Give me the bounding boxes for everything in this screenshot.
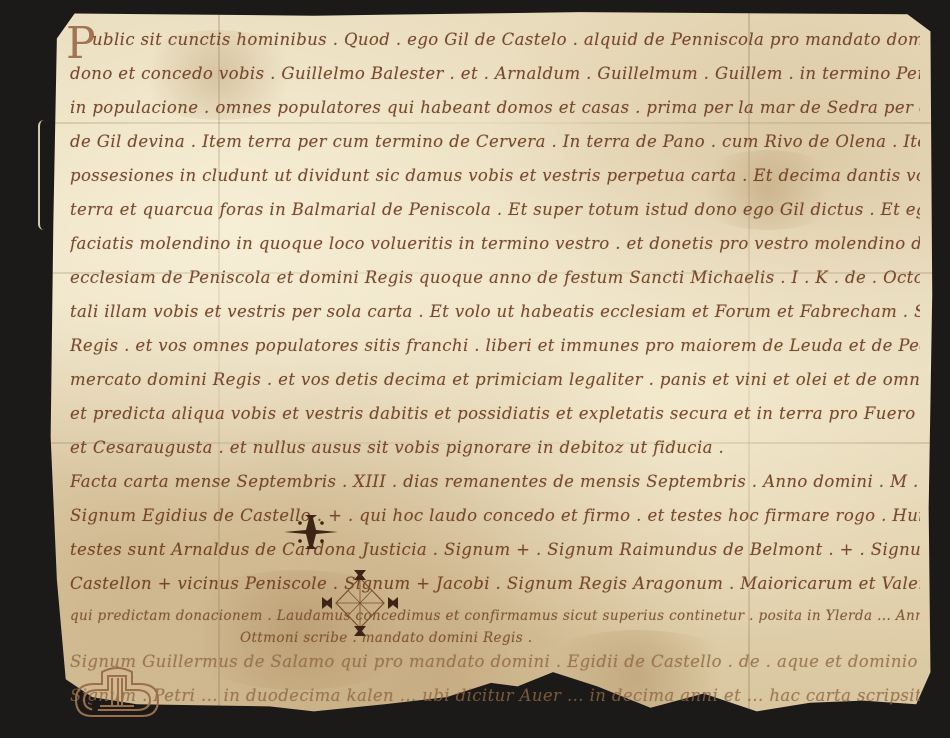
text-line: de Gil devina . Item terra per cum termi… — [70, 132, 920, 166]
binding-string — [38, 120, 44, 230]
parchment-hole — [92, 700, 98, 714]
text-line: dono et concedo vobis . Guillelmo Balest… — [70, 64, 920, 98]
text-line: ecclesiam de Peniscola et domini Regis q… — [70, 268, 920, 302]
text-line: in populacione . omnes populatores qui h… — [70, 98, 920, 132]
text-line: Facta carta mense Septembris . XIII . di… — [70, 472, 920, 506]
document-photo: P ublic sit cunctis hominibus . Quod . e… — [0, 0, 950, 738]
text-line: et Cesaraugusta . et nullus ausus sit vo… — [70, 438, 920, 472]
text-line: Signum Guillermus de Salamo qui pro mand… — [70, 652, 920, 686]
text-line: faciatis molendino in quoque loco voluer… — [70, 234, 920, 268]
text-line: Castellon + vicinus Peniscole . Signum +… — [70, 574, 920, 608]
text-line: Signum . Petri ... in duodecima kalen ..… — [70, 686, 920, 720]
text-line: ublic sit cunctis hominibus . Quod . ego… — [70, 30, 920, 64]
cross-signum-icon — [280, 512, 342, 552]
text-line: terra et quarcua foras in Balmarial de P… — [70, 200, 920, 234]
text-line: Signum Egidius de Castello . + . qui hoc… — [70, 506, 920, 540]
royal-signum-icon — [318, 568, 402, 638]
notarial-signum-icon — [72, 666, 162, 728]
text-line: mercato domini Regis . et vos detis deci… — [70, 370, 920, 404]
text-line: tali illam vobis et vestris per sola car… — [70, 302, 920, 336]
text-line: testes sunt Arnaldus de Cardona Justicia… — [70, 540, 920, 574]
charter-text: ublic sit cunctis hominibus . Quod . ego… — [70, 30, 920, 720]
text-line-small: qui predictam donacionem . Laudamus conc… — [70, 608, 920, 630]
text-line: possesiones in cludunt ut dividunt sic d… — [70, 166, 920, 200]
text-line-small: Ottmoni scribe . mandato domini Regis . — [70, 630, 920, 652]
text-line: Regis . et vos omnes populatores sitis f… — [70, 336, 920, 370]
text-line: et predicta aliqua vobis et vestris dabi… — [70, 404, 920, 438]
